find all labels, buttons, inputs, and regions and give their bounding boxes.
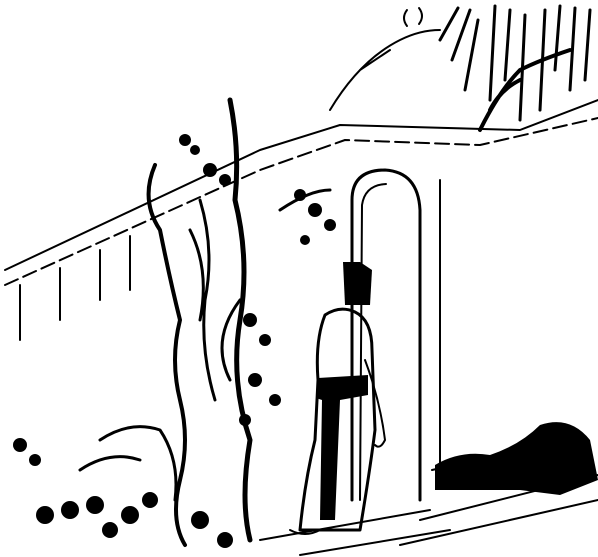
arched-gateway [343,170,420,500]
illustration [0,0,598,557]
distant-trees [330,6,590,130]
moon [404,8,422,26]
shrubbery [435,422,598,495]
robed-figure [290,309,385,534]
garden-wall [5,100,598,470]
paving [260,475,598,555]
